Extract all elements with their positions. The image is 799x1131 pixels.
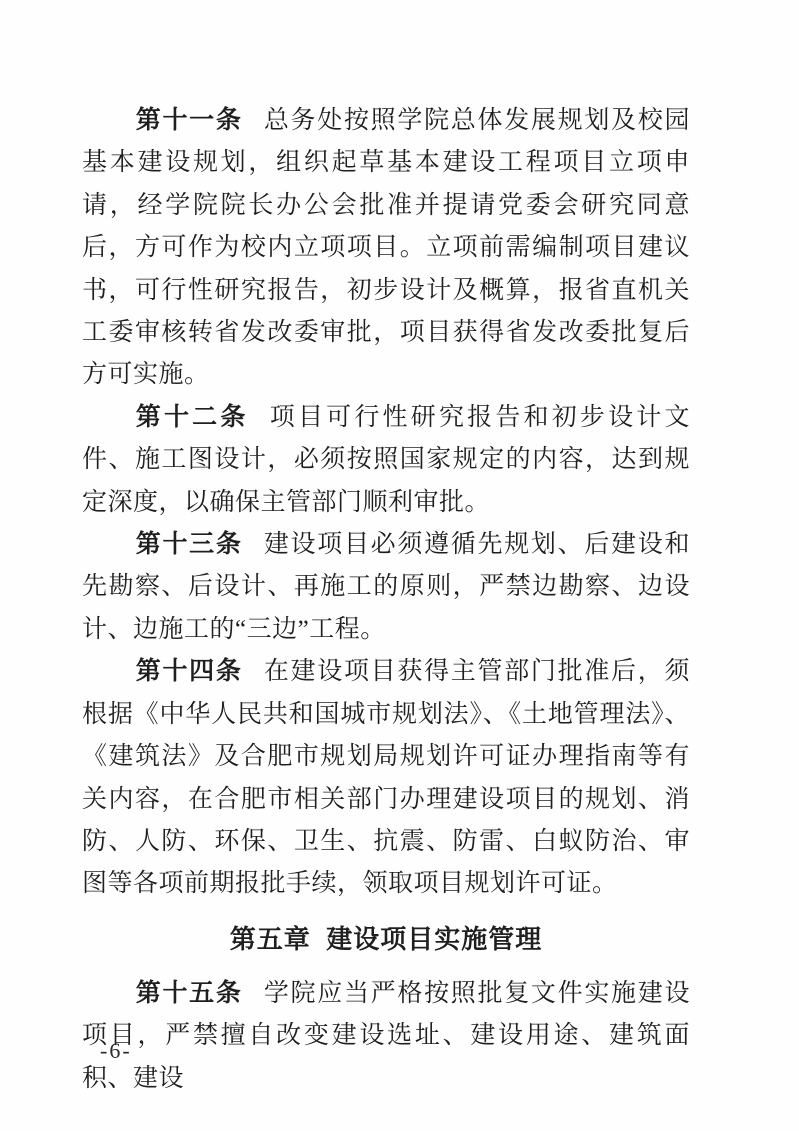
document-page: 第十一条总务处按照学院总体发展规划及校园基本建设规划，组织起草基本建设工程项目立… [82,100,690,1100]
chapter-title: 建设项目实施管理 [326,925,542,954]
chapter-heading: 第五章建设项目实施管理 [82,918,690,961]
article-paragraph-13: 第十三条建设项目必须遵循先规划、后建设和先勘察、后设计、再施工的原则，严禁边勘察… [82,524,690,651]
article-number: 第十四条 [136,658,243,685]
article-paragraph-12: 第十二条项目可行性研究报告和初步设计文件、施工图设计，必须按照国家规定的内容，达… [82,397,690,524]
article-text: 总务处按照学院总体发展规划及校园基本建设规划，组织起草基本建设工程项目立项申请，… [82,107,690,388]
article-number: 第十五条 [136,980,243,1007]
article-number: 第十一条 [136,107,243,134]
article-paragraph-14: 第十四条在建设项目获得主管部门批准后，须根据《中华人民共和国城市规划法》、《土地… [82,651,690,905]
article-text: 在建设项目获得主管部门批准后，须根据《中华人民共和国城市规划法》、《土地管理法》… [82,658,690,897]
article-number: 第十三条 [136,531,243,558]
article-paragraph-11: 第十一条总务处按照学院总体发展规划及校园基本建设规划，组织起草基本建设工程项目立… [82,100,690,397]
page-number: -6- [100,1038,132,1064]
article-number: 第十二条 [136,404,249,431]
article-paragraph-15: 第十五条学院应当严格按照批复文件实施建设项目，严禁擅自改变建设选址、建设用途、建… [82,973,690,1100]
chapter-number: 第五章 [230,925,311,954]
